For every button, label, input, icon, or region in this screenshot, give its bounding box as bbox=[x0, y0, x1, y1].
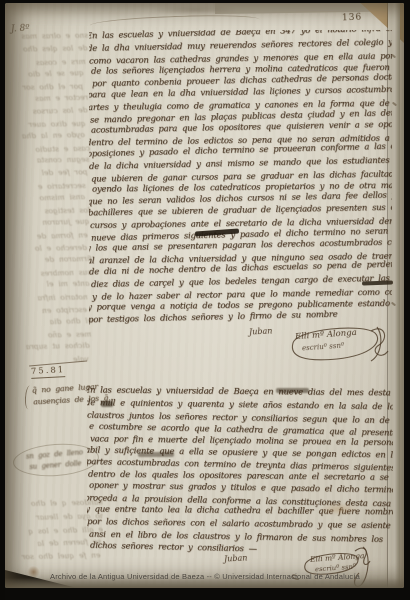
manuscript-page: 136 J. 8º sno e olras masde los qles dho… bbox=[5, 3, 404, 588]
bold-ink-word bbox=[101, 401, 113, 407]
handwriting-line: sno e olras mas bbox=[5, 30, 88, 43]
manuscript-paragraph-2: En las escuelas y vniuersidad de Baeça e… bbox=[87, 386, 393, 558]
handwriting-line: firmaron de bbox=[6, 253, 92, 267]
manuscript-paragraph-1: En las escuelas y vniuersidad de Baeça e… bbox=[89, 30, 392, 331]
handwriting-line: por fee del bbox=[5, 167, 88, 181]
paper-stain bbox=[320, 503, 358, 515]
handwriting-line: oydo en la dha bbox=[5, 129, 85, 143]
witness-word: Juban bbox=[249, 326, 273, 336]
bold-ink-word bbox=[276, 388, 309, 393]
handwriting-line: ansi mismo bbox=[5, 191, 85, 206]
handwriting-line: que juraron bbox=[5, 216, 89, 230]
handwriting-line: que se le dio bbox=[5, 67, 84, 82]
margin-reference: 75.81 bbox=[31, 365, 66, 379]
folio-number: 136 bbox=[342, 13, 363, 24]
handwriting-line: dichos ut supra bbox=[7, 340, 89, 354]
witness-word: Juban bbox=[224, 553, 248, 563]
handwriting-line: notario infra bbox=[7, 291, 89, 305]
photo-frame: 136 J. 8º sno e olras masde los qles dho… bbox=[0, 0, 410, 600]
handwriting-line: de los qles dho bbox=[5, 43, 87, 57]
paper-stain bbox=[155, 5, 235, 15]
archive-watermark-caption: Archivo de la Antigua Universidad de Bae… bbox=[0, 572, 410, 581]
handwriting-line: ante mi el bbox=[6, 278, 89, 292]
notary-signature-1: Juban Elli mº Alonga escriuº ssnº bbox=[249, 321, 389, 373]
handwriting-line: segun consta bbox=[5, 154, 89, 168]
verso-bleedthrough: sno e olras masde los qles dhomrs e cosa… bbox=[5, 30, 95, 369]
edge-mark bbox=[392, 102, 397, 107]
bold-ink-word bbox=[138, 452, 174, 457]
